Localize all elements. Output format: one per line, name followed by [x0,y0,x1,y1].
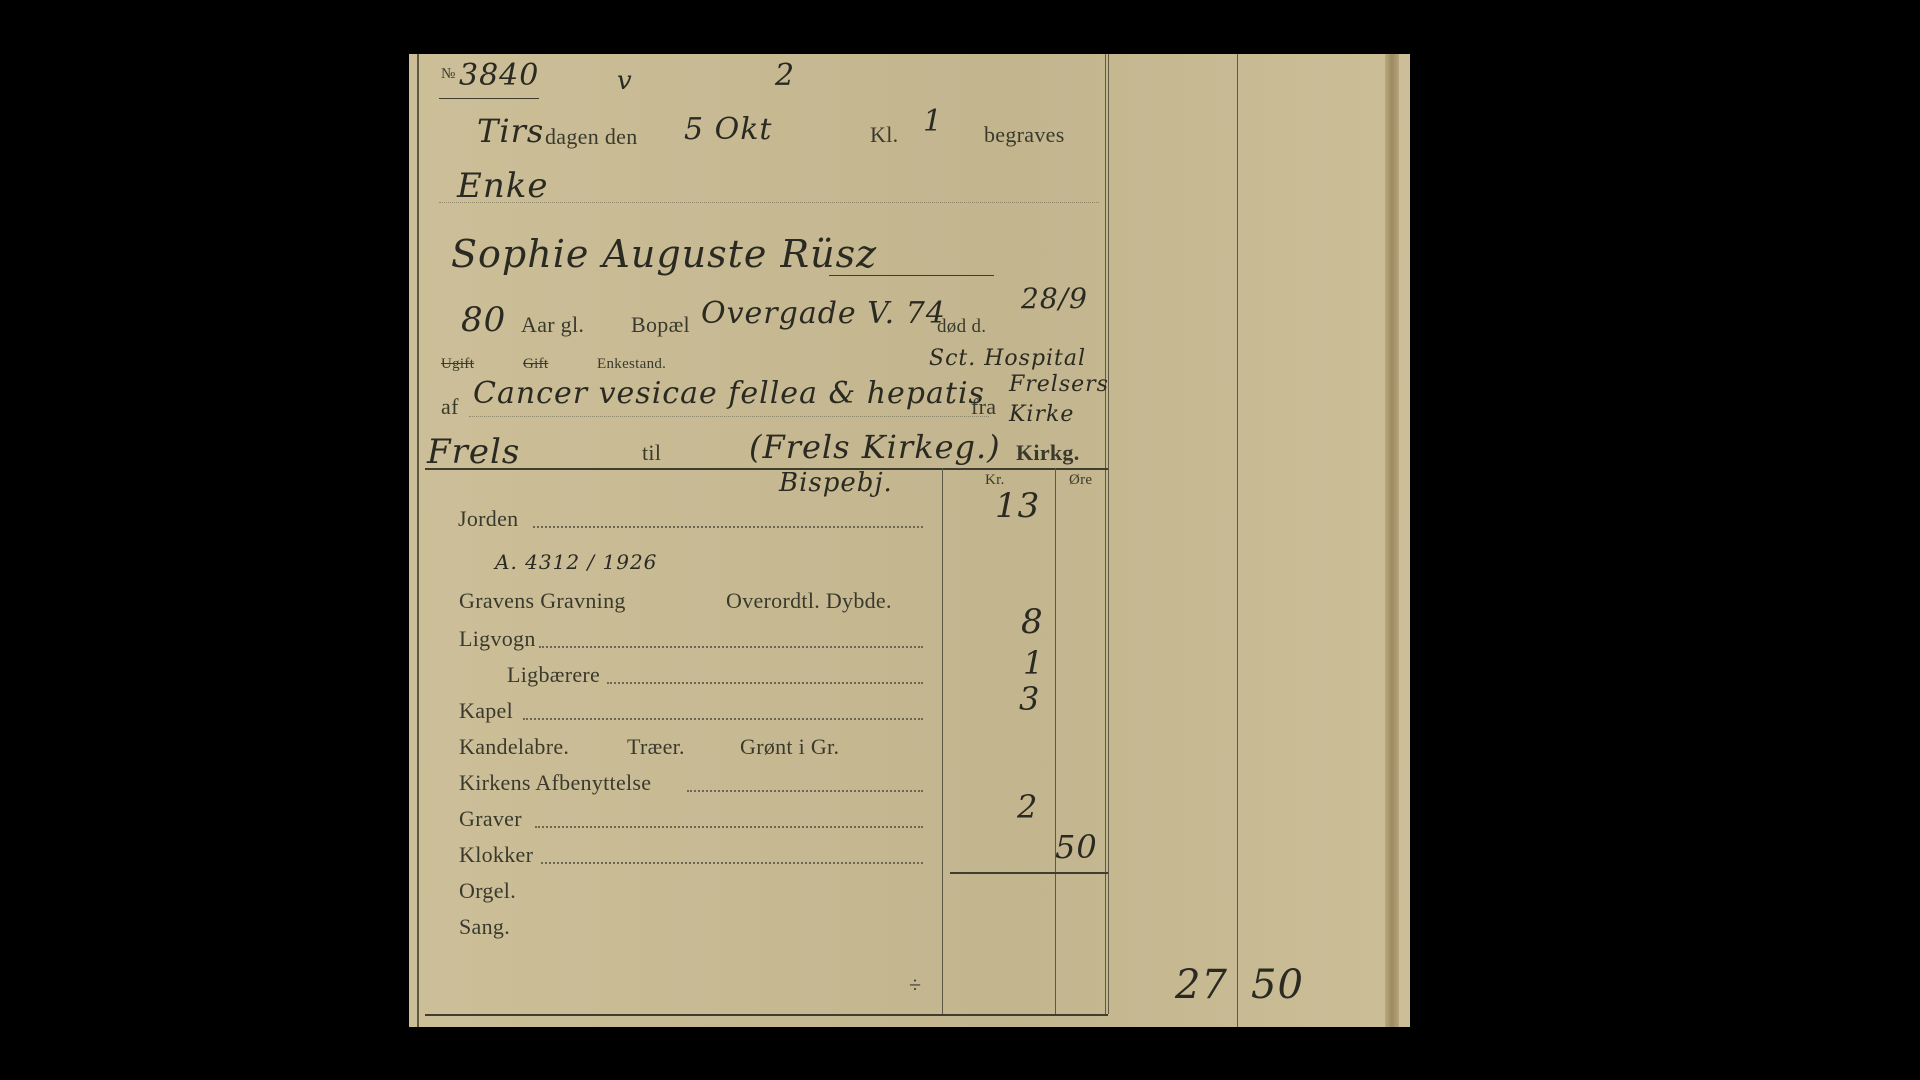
main-rule [425,468,1108,470]
fee-ore-klokker: 50 [1055,828,1098,866]
fee-label-traeer: Træer. [627,734,685,760]
cemetery-note: Bispebj. [779,468,893,498]
total-kr: 27 [1175,962,1228,1008]
label-dagen-den: dagen den [545,124,638,150]
minus-symbol: ÷ [909,972,921,998]
fee-dots-jorden [533,526,923,528]
label-kirkg: Kirkg. [1016,440,1080,466]
fee-label-kirkens-afbenyttelse: Kirkens Afbenyttelse [459,770,651,796]
fee-kr-graver: 2 [1017,788,1038,826]
fee-label-orgel: Orgel. [459,878,516,904]
marital-enkestand: Enkestand. [597,356,666,373]
left-margin-rule [417,54,419,1027]
fee-dots-klokker [541,862,923,864]
address: Overgade V. 74 [701,296,946,331]
surname-underline [829,275,994,276]
place-of-death: Sct. Hospital [929,346,1086,371]
label-af: af [441,394,459,420]
bottom-rule [425,1014,1108,1016]
fee-dots-ligvogn [539,646,923,648]
label-kl: Kl. [870,122,898,148]
fee-label-klokker: Klokker [459,842,533,868]
death-date: 28/9 [1021,282,1088,315]
from-church-short: Frels [427,432,520,472]
fee-dots-kirkens [687,790,923,792]
fee-kr-kapel: 3 [1019,680,1040,718]
deceased-name: Sophie Auguste Rüsz [451,232,877,276]
fee-kr-ligvogn: 8 [1021,602,1044,642]
number-underline [439,98,539,99]
marital-ugift: Ugift [441,356,474,373]
ore-column-rule [1055,468,1056,1014]
burial-hour: 1 [923,104,943,139]
fee-dots-ligbaerere [607,682,923,684]
form-right-rule-2 [1108,54,1109,1014]
label-fra: fra [971,394,996,420]
fee-label-dybde: Overordtl. Dybde. [726,588,892,614]
cause-dotted-line [469,416,989,417]
binding-edge [1385,54,1399,1027]
fee-label-ligvogn: Ligvogn [459,626,536,652]
age: 80 [461,300,506,340]
fee-kr-ligbaerere: 1 [1023,644,1044,682]
label-bopael: Bopæl [631,312,690,338]
subtotal-rule [950,872,1108,874]
check-mark: v [617,66,633,96]
entry-number-prefix: № [441,66,456,83]
label-begraves: begraves [984,122,1065,148]
fee-label-kandelabre: Kandelabre. [459,734,569,760]
total-ore: 50 [1251,962,1304,1008]
fee-label-gront: Grønt i Gr. [740,734,839,760]
kr-column-rule [942,468,943,1014]
fee-dots-kapel [523,718,923,720]
ore-header: Øre [1069,472,1092,489]
fee-label-graver: Graver [459,806,522,832]
fee-label-sang: Sang. [459,914,510,940]
from-church: Frelsers Kirke [1009,370,1099,430]
fee-kr-jorden: 13 [995,486,1040,526]
label-til: til [642,440,661,466]
weekday: Tirs [477,112,544,150]
page-mark: 2 [775,58,795,93]
fee-label-gravning: Gravens Gravning [459,588,626,614]
fee-label-kapel: Kapel [459,698,513,724]
fee-label-ligbaerere: Ligbærere [507,662,600,688]
marital-gift: Gift [523,356,548,373]
label-dod-d: død d. [937,316,986,338]
fee-dots-graver [535,826,923,828]
destination-cemetery: (Frels Kirkeg.) [749,428,1001,466]
label-aar-gl: Aar gl. [521,312,584,338]
entry-number: 3840 [459,58,539,93]
fee-label-jorden: Jorden [458,506,518,532]
civil-status: Enke [457,166,548,206]
form-right-rule [1105,54,1106,1014]
cause-of-death: Cancer vesicae fellea & hepatis [473,376,985,411]
grave-annotation: A. 4312 / 1926 [495,550,657,574]
register-page: № 3840 v 2 Tirs dagen den 5 Okt Kl. 1 be… [409,54,1410,1027]
total-column-rule [1237,54,1238,1027]
burial-date: 5 Okt [684,112,772,147]
